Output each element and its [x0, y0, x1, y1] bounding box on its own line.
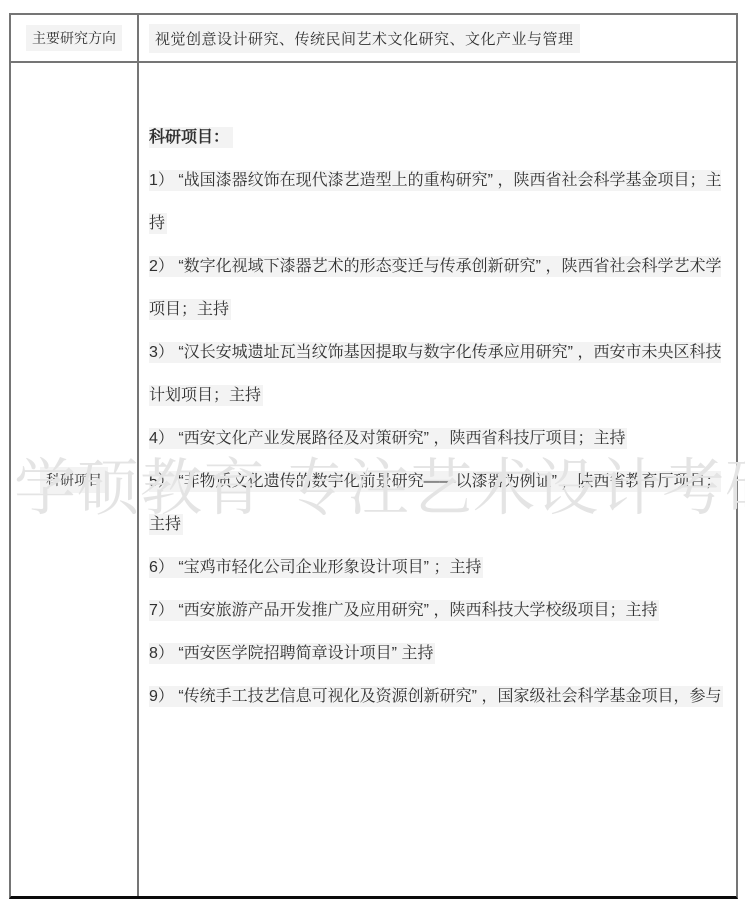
project-item-7: 7） “西安旅游产品开发推广及应用研究” ，陕西科技大学校级项目；主持	[149, 589, 726, 632]
direction-label-text: 主要研究方向	[26, 25, 122, 51]
cell-direction-content: 视觉创意设计研究、传统民间艺术文化研究、文化产业与管理	[139, 15, 736, 61]
direction-content-text: 视觉创意设计研究、传统民间艺术文化研究、文化产业与管理	[149, 24, 580, 53]
project-item-3: 3） “汉长安城遗址瓦当纹饰基因提取与数字化传承应用研究” ，西安市未央区科技计…	[149, 331, 726, 417]
projects-body: 科研项目： 1） “战国漆器纹饰在现代漆艺造型上的重构研究” ，陕西省社会科学基…	[139, 63, 736, 718]
project-item-1: 1） “战国漆器纹饰在现代漆艺造型上的重构研究” ，陕西省社会科学基金项目；主持	[149, 159, 726, 245]
project-item-8: 8） “西安医学院招聘简章设计项目” 主持	[149, 632, 726, 675]
cell-direction-label: 主要研究方向	[11, 15, 139, 61]
table-row-main-research-direction: 主要研究方向 视觉创意设计研究、传统民间艺术文化研究、文化产业与管理	[11, 15, 736, 63]
watermark-text: 学硕教育 专注艺术设计考研丨	[14, 438, 745, 527]
project-item-2: 2） “数字化视域下漆器艺术的形态变迁与传承创新研究” ，陕西省社会科学艺术学项…	[149, 245, 726, 331]
project-item-9: 9） “传统手工技艺信息可视化及资源创新研究” ，国家级社会科学基金项目，参与	[149, 675, 726, 718]
project-item-6: 6） “宝鸡市轻化公司企业形象设计项目” ；主持	[149, 546, 726, 589]
projects-heading: 科研项目：	[149, 116, 726, 159]
document-page: 学硕教育 专注艺术设计考研丨 主要研究方向 视觉创意设计研究、传统民间艺术文化研…	[0, 0, 745, 912]
